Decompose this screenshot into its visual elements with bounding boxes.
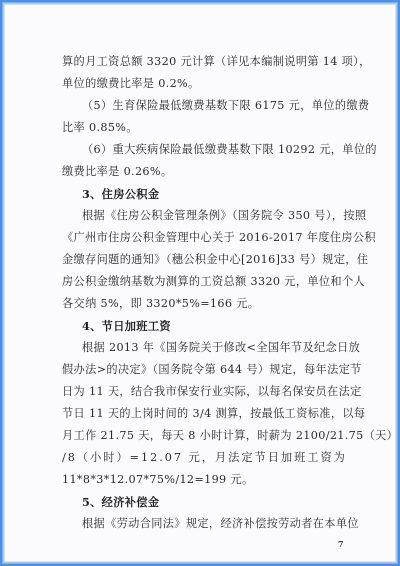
body-text-line: 假办法>的决定》（国务院令第 644 号）规定，每年法定节	[62, 363, 344, 377]
document-page: 算的月工资总额 3320 元计算（详见本编制说明第 14 项）， 单位的缴费比率…	[0, 0, 400, 566]
body-text-line: 缴费比率是 0.26%。	[62, 165, 344, 179]
body-text-line: 金缴存问题的通知》（穗公积金中心[2016]33 号）规定，住	[62, 253, 344, 267]
body-text-line: 日为 11 天，结合我市保安行业实际，以每名保安员在法定	[62, 385, 344, 399]
body-text-line: 单位的缴费比率是 0.2%。	[62, 77, 344, 91]
body-text-line: 根据《劳动合同法》规定，经济补偿按劳动者在本单位	[82, 517, 344, 531]
body-text-line: 比率 0.85%。	[62, 121, 344, 135]
page-number: 7	[338, 539, 344, 549]
section-heading-holiday-overtime: 4、节日加班工资	[82, 319, 364, 333]
body-text-line: /8（小时）=12.07 元，月法定节日加班工资为	[62, 451, 344, 465]
section-heading-housing-fund: 3、住房公积金	[82, 187, 364, 201]
body-text-line: 《广州市住房公积金管理中心关于 2016-2017 年度住房公积	[62, 231, 344, 245]
body-text-line: 根据《住房公积金管理条例》（国务院令 350 号），按照	[82, 209, 344, 223]
list-item-5: （5）生育保险最低缴费基数下限 6175 元，单位的缴费	[82, 99, 344, 113]
body-text-line: 算的月工资总额 3320 元计算（详见本编制说明第 14 项），	[62, 55, 344, 69]
section-heading-economic-compensation: 5、经济补偿金	[82, 495, 364, 509]
body-text-line: 月工作 21.75 天，每天 8 小时计算，时薪为 2100/21.75（天）	[62, 429, 344, 443]
list-item-6: （6）重大疾病保险最低缴费基数下限 10292 元，单位的	[82, 143, 344, 157]
body-text-line: 各交纳 5%，即 3320*5%=166 元。	[62, 297, 344, 311]
body-text-line: 根据 2013 年《国务院关于修改<全国年节及纪念日放	[82, 341, 344, 355]
body-text-line: 房公积金缴纳基数为测算的工资总额 3320 元，单位和个人	[62, 275, 344, 289]
body-text-line: 节日 11 天的上岗时间的 3/4 测算，按最低工资标准，以每	[62, 407, 344, 421]
body-text-line: 11*8*3*12.07*75%/12=199 元。	[62, 473, 344, 487]
